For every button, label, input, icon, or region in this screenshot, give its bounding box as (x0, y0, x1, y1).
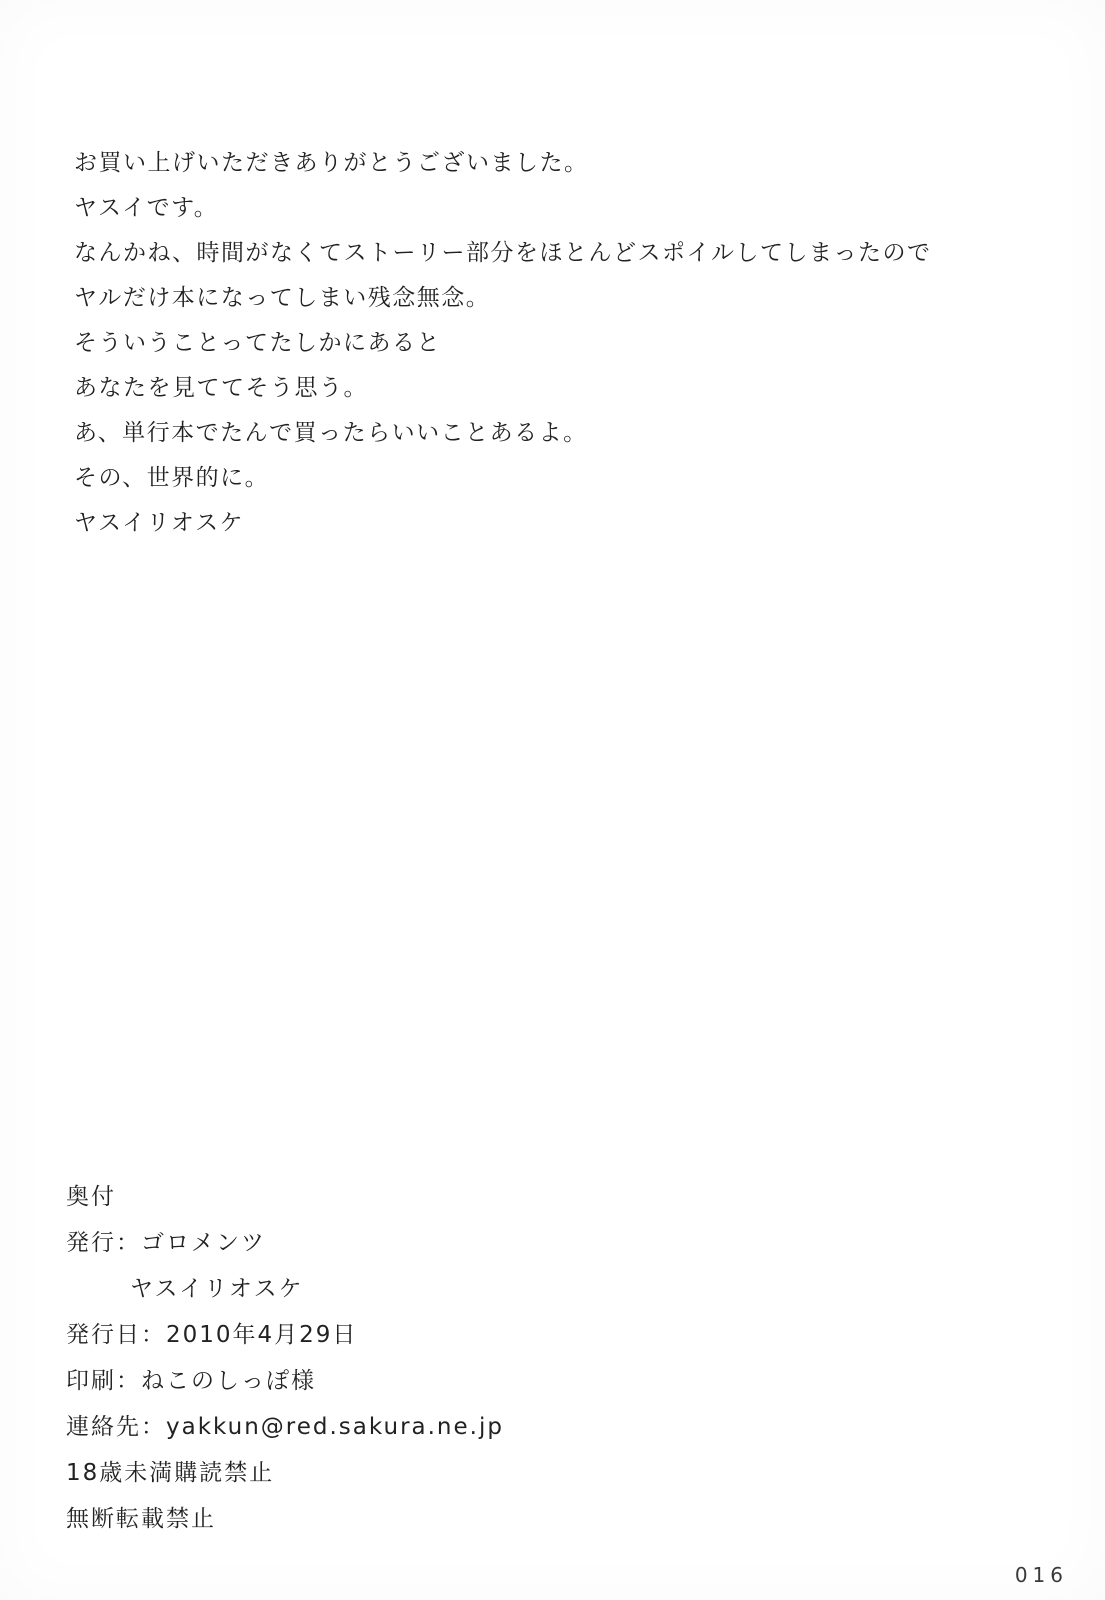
afterword-line-remark-2: あなたを見ててそう思う。 (74, 366, 932, 411)
colophon-line-contact-email: 連絡先：yakkun@red.sakura.ne.jp (66, 1404, 504, 1450)
afterword-text-block: お買い上げいただきありがとうございました。 ヤスイです。 なんかね、時間がなくて… (74, 141, 932, 546)
colophon-line-age-restriction: 18歳未満購読禁止 (66, 1450, 504, 1496)
afterword-line-remark-1: そういうことってたしかにあると (74, 321, 932, 366)
afterword-line-plug: あ、単行本でたんで買ったらいいことあるよ。 (74, 411, 932, 456)
afterword-line-thanks: お買い上げいただきありがとうございました。 (74, 141, 932, 186)
colophon-line-printer: 印刷：ねこのしっぽ様 (66, 1358, 504, 1404)
colophon-block: 奥付 発行：ゴロメンツ ヤスイリオスケ 発行日：2010年4月29日 印刷：ねこ… (66, 1174, 504, 1542)
afterword-signature: ヤスイリオスケ (74, 501, 932, 546)
afterword-line-closing: その、世界的に。 (74, 456, 932, 501)
scanned-document-page: お買い上げいただきありがとうございました。 ヤスイです。 なんかね、時間がなくて… (0, 0, 1105, 1600)
colophon-title: 奥付 (66, 1174, 504, 1220)
colophon-line-publish-date: 発行日：2010年4月29日 (66, 1312, 504, 1358)
colophon-line-no-reproduction: 無断転載禁止 (66, 1496, 504, 1542)
afterword-line-intro: ヤスイです。 (74, 186, 932, 231)
afterword-line-apology-2: ヤルだけ本になってしまい残念無念。 (74, 276, 932, 321)
colophon-line-publisher: 発行：ゴロメンツ (66, 1220, 504, 1266)
colophon-line-author: ヤスイリオスケ (66, 1266, 504, 1312)
page-number: 016 (1015, 1563, 1068, 1587)
afterword-line-apology-1: なんかね、時間がなくてストーリー部分をほとんどスポイルしてしまったので (74, 231, 932, 276)
